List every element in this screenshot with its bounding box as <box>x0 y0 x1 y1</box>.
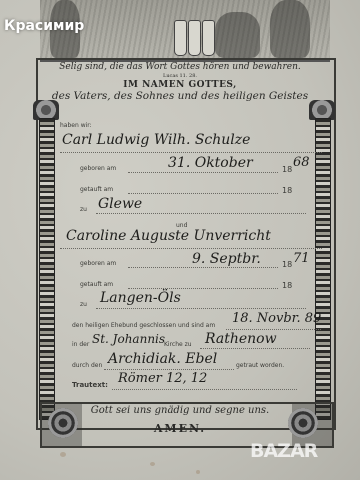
church-town: Rathenow <box>205 331 277 347</box>
wedding-text-line <box>112 389 297 390</box>
bazar-logo-watermark: BAZAR <box>250 440 317 462</box>
title-line-2: des Vaters, des Sohnes und des heiligen … <box>0 90 360 102</box>
covenant-date: 18. Novbr. 89 <box>232 311 321 326</box>
intro-label: haben wir: <box>60 122 92 129</box>
bride-born-year-prefix: 18 <box>282 260 292 269</box>
covenant-date-line <box>226 329 321 330</box>
water-jar <box>174 20 187 56</box>
kneeling-figure <box>215 12 260 58</box>
groom-born-year-prefix: 18 <box>282 165 292 174</box>
bride-born-label: geboren am <box>80 260 116 267</box>
left-ornamental-column <box>39 118 55 420</box>
bride-baptized-label: getauft am <box>80 281 113 288</box>
groom-name: Carl Ludwig Wilh. Schulze <box>62 132 250 148</box>
groom-born-year: 68 <box>293 155 310 170</box>
covenant-label: den heiligen Ehebund geschlossen und sin… <box>72 322 215 329</box>
groom-name-line <box>60 152 322 153</box>
groom-place-line <box>96 213 306 214</box>
bride-place: Langen-Öls <box>100 290 181 306</box>
stain <box>60 452 66 457</box>
groom-born-label: geboren am <box>80 165 116 172</box>
groom-baptized-year-prefix: 18 <box>282 186 292 195</box>
church-label: Kirche zu <box>164 341 192 348</box>
officiant: Archidiak. Ebel <box>108 351 217 367</box>
bride-name-line <box>60 248 322 249</box>
stain <box>150 462 155 466</box>
bride-born-year: 71 <box>293 251 310 266</box>
groom-place-label: zu <box>80 206 87 213</box>
church-name: St. Johannis <box>92 332 165 346</box>
groom-born-line <box>128 172 278 173</box>
officiant-line <box>104 369 234 370</box>
bride-born-line <box>128 267 278 268</box>
church-town-line <box>200 348 310 349</box>
blessing-text: Gott sei uns gnädig und segne uns. <box>0 405 360 416</box>
bride-name: Caroline Auguste Unverricht <box>66 228 271 244</box>
bride-place-label: zu <box>80 301 87 308</box>
groom-born-date: 31. Oktober <box>168 155 253 171</box>
right-column-capital <box>309 100 335 120</box>
seller-name-watermark: Красимир <box>4 18 84 34</box>
certificate-paper: Selig sind, die das Wort Gottes hören un… <box>0 0 360 480</box>
church-prefix-label: in der <box>72 341 89 348</box>
wedding-text-label: Trautext: <box>72 381 108 389</box>
groom-place: Glewe <box>98 196 142 212</box>
verse-reference: Lucas 11. 28. <box>0 73 360 79</box>
water-jar <box>202 20 215 56</box>
stain <box>196 470 200 474</box>
officiant-prefix-label: durch den <box>72 362 102 369</box>
water-jar <box>188 20 201 56</box>
left-column-capital <box>33 100 59 120</box>
groom-baptized-label: getauft am <box>80 186 113 193</box>
title-line-1: IM NAMEN GOTTES, <box>0 80 360 90</box>
bride-place-line <box>96 308 306 309</box>
officiant-suffix-label: getraut worden. <box>236 362 284 369</box>
bride-born-date: 9. Septbr. <box>192 251 261 267</box>
bride-baptized-line <box>128 288 278 289</box>
bride-baptized-year-prefix: 18 <box>282 281 292 290</box>
right-ornamental-column <box>315 118 331 420</box>
wedding-text: Römer 12, 12 <box>118 371 207 386</box>
amen-text: AMEN. <box>0 422 360 435</box>
groom-baptized-line <box>128 193 278 194</box>
bible-verse: Selig sind, die das Wort Gottes hören un… <box>0 62 360 72</box>
figure-right <box>270 0 310 58</box>
